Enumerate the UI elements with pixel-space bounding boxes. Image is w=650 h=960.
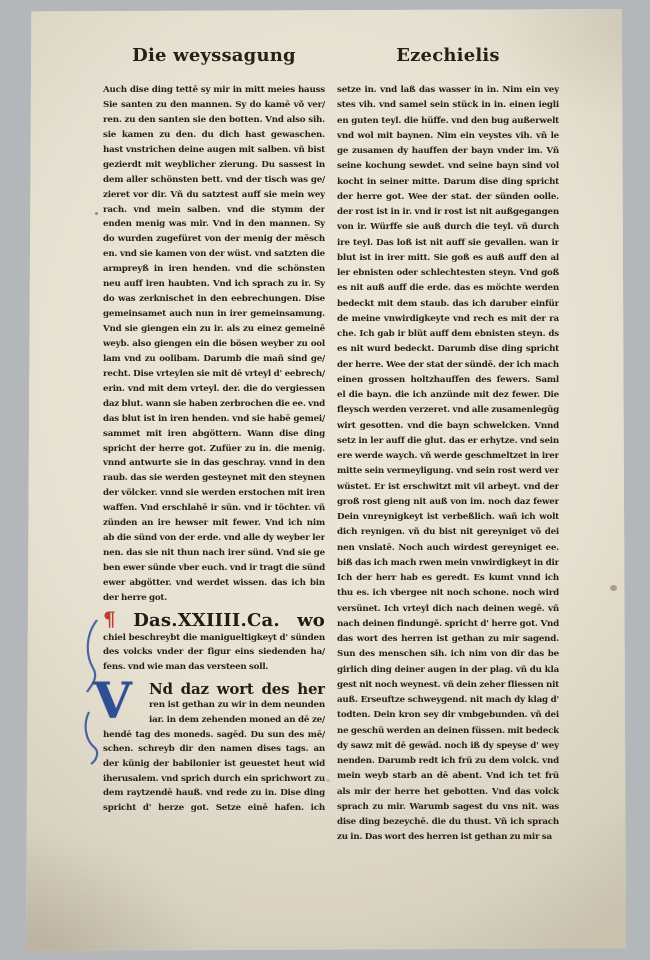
paper-stain — [326, 779, 330, 782]
text-line: es nit auß auff die erde. das es möchte … — [337, 281, 559, 296]
text-line: ewer abgötter. vnd werdet wissen. das ic… — [103, 576, 325, 591]
text-line: ge zusamen dy hauffen der bayn vnder im.… — [337, 144, 559, 159]
text-line: erin. vnd mit dem vrteyl. der. die do ve… — [103, 382, 325, 397]
text-line: versünet. Ich vrteyl dich nach deinen we… — [337, 602, 559, 617]
text-line: nenden. Darumb redt ich frü zu dem volck… — [337, 754, 559, 769]
text-line: chiel beschreybt die manigueltigkeyt d' … — [103, 631, 325, 646]
text-line: einen grossen holtzhauffen des fewers. S… — [337, 373, 559, 388]
text-line: Auch dise ding tettē sy mir in mitt meie… — [103, 83, 325, 98]
text-line: mitte sein vermeyligung. vnd sein rost w… — [337, 464, 559, 479]
chapter-summary: chiel beschreybt die manigueltigkeyt d' … — [103, 631, 325, 675]
text-line: blut ist in irer mitt. Sie goß es auß au… — [337, 251, 559, 266]
text-line: ben ewer sünde vber euch. vnd ir tragt d… — [103, 561, 325, 576]
text-columns: Auch dise ding tettē sy mir in mitt meie… — [103, 83, 559, 846]
text-line: ere werde waych. vñ werde geschmeltzet i… — [337, 449, 559, 464]
text-line: de meine vnwirdigkeyte vnd rech es mit d… — [337, 312, 559, 327]
text-line: Sun des menschen sih. ich nim von dir da… — [337, 647, 559, 662]
text-line: der herre. Wee der stat der sündē. der i… — [337, 358, 559, 373]
photo-background: Die weyssagung Ezechielis Auch dise ding… — [0, 0, 650, 960]
text-line: ren ist gethan zu wir in dem neunden — [149, 698, 325, 713]
text-line: mein weyb starb an dē abent. Vnd ich tet… — [337, 769, 559, 784]
text-line: ren. zu den santen sie den botten. Vnd a… — [103, 113, 325, 128]
text-line: nen vnslatē. Noch auch wirdest gereynige… — [337, 541, 559, 556]
text-line: el die bayn. die ich anzünde mit dez few… — [337, 388, 559, 403]
text-line: des volcks vnder der figur eins siedende… — [103, 645, 325, 660]
opening-first-line: Nd daz wort des her — [149, 680, 325, 698]
text-line: wirt gesotten. vnd die bayn schwelcken. … — [337, 419, 559, 434]
text-line: iar. in dem zehenden moned an dē ze/ — [149, 713, 325, 728]
text-line: gemeinsamet auch nun in irer gemeinsamun… — [103, 307, 325, 322]
text-line: lam vnd zu oolibam. Darumb die mañ sind … — [103, 352, 325, 367]
opening-paragraph: V Nd daz wort des her ren ist gethan zu … — [103, 680, 325, 816]
text-line: en. vnd sie kamen von der wüst. vnd satz… — [103, 247, 325, 262]
text-line: bedeckt mit dem staub. das ich daruber e… — [337, 297, 559, 312]
text-line: dich reynigen. vñ du bist nit gereyniget… — [337, 525, 559, 540]
text-line: es nit wurd bedeckt. Darumb dise ding sp… — [337, 342, 559, 357]
text-line: gezierdt mit weyblicher zierung. Du sass… — [103, 158, 325, 173]
running-title-left: Die weyssagung — [103, 45, 325, 67]
text-line: thu es. ich vbergee nit noch schone. noc… — [337, 586, 559, 601]
text-line: sammet mit iren abgöttern. Wann dise din… — [103, 427, 325, 442]
right-text-block: setze in. vnd laß das wasser in in. Nim … — [337, 83, 559, 846]
text-line: girlich ding deiner augen in der plag. v… — [337, 663, 559, 678]
text-line: spricht der herre got. Zufüer zu in. die… — [103, 442, 325, 457]
text-line: nen. das sie nit thun nach irer sünd. Vn… — [103, 546, 325, 561]
text-line: kocht in seiner mitte. Darum dise ding s… — [337, 175, 559, 190]
paper-stain — [95, 212, 98, 215]
left-text-block: Auch dise ding tettē sy mir in mitt meie… — [103, 83, 325, 606]
text-line: weyb. also giengen ein die bösen weyber … — [103, 337, 325, 352]
text-line: dise ding bezeychē. die du thust. Vñ ich… — [337, 815, 559, 830]
text-line: todten. Dein kron sey dir vmbgebunden. v… — [337, 708, 559, 723]
text-line: Vnd sie giengen ein zu ir. als zu einez … — [103, 322, 325, 337]
illuminated-initial: V — [93, 677, 141, 725]
text-line: auß. Erseuftze schweygend. nit mach dy k… — [337, 693, 559, 708]
text-line: der herre got. — [103, 591, 325, 606]
text-line: che. Ich gab ir blüt auff dem ebnisten s… — [337, 327, 559, 342]
text-line: ire teyl. Das loß ist nit auff sie geval… — [337, 236, 559, 251]
text-line: Dein vnreynigkeyt ist verbeßlich. wañ ic… — [337, 510, 559, 525]
paper-stain — [610, 585, 617, 591]
text-line: das blut ist in iren henden. vnd sie hab… — [103, 412, 325, 427]
text-line: enden menig was mir. Vnd in den mannen. … — [103, 217, 325, 232]
text-line: dem aller schönsten bett. vnd der tisch … — [103, 173, 325, 188]
text-line: der herre got. Wee der stat. der sünden … — [337, 190, 559, 205]
text-line: Ich der herr hab es geredt. Es kumt vnnd… — [337, 571, 559, 586]
text-line: zünden an ire hewser mit fewer. Vnd ich … — [103, 516, 325, 531]
text-line: neu auff iren haubten. Vnd ich sprach zu… — [103, 277, 325, 292]
text-line: waffen. Vnd erschlahē ir sün. vnd ir töc… — [103, 501, 325, 516]
text-line: spricht d' herze got. Setze einē hafen. … — [103, 801, 325, 816]
text-line: schen. schreyb dir den namen dises tags.… — [103, 742, 325, 757]
chapter-heading: ¶ Das.XXIIII.Ca. wo Eze — [103, 609, 325, 630]
text-line: von ir. Würffe sie auß durch die teyl. v… — [337, 220, 559, 235]
chapter-title: Das.XXIIII.Ca. wo Eze — [103, 610, 325, 630]
text-line: wüstet. Er ist erschwitzt mit vil arbeyt… — [337, 480, 559, 495]
text-line: do was zerknischet in den eebrechungen. … — [103, 292, 325, 307]
text-line: ab die sünd von der erde. vnd alle dy we… — [103, 531, 325, 546]
text-line: setz in ler auff die glut. das er erhytz… — [337, 434, 559, 449]
text-line: gest nit noch weynest. vñ dein zeher fli… — [337, 678, 559, 693]
text-line: der völcker. vnnd sie werden erstochen m… — [103, 486, 325, 501]
text-line: vnnd antwurte sie in das geschray. vnnd … — [103, 456, 325, 471]
text-line: zu in. Das wort des herren ist gethan zu… — [337, 830, 559, 845]
text-line: sie kamen zu den. du dich hast gewaschen… — [103, 128, 325, 143]
text-line: als mir der herre het gebotten. Vnd das … — [337, 785, 559, 800]
running-header: Die weyssagung Ezechielis — [103, 45, 559, 67]
text-line: sprach zu mir. Warumb sagest du vns nit.… — [337, 800, 559, 815]
rubric-pilcrow-icon: ¶ — [103, 609, 116, 630]
text-line: dy sawz mit dē gewād. noch iß dy speyse … — [337, 739, 559, 754]
text-line: raub. das sie werden gesteynet mit den s… — [103, 471, 325, 486]
text-line: vnd wol mit baynen. Nim ein veystes vih.… — [337, 129, 559, 144]
text-line: setze in. vnd laß das wasser in in. Nim … — [337, 83, 559, 98]
text-line: dem raytzendē hauß. vnd rede zu in. Dise… — [103, 786, 325, 801]
text-line: hast vnstrichen deine augen mit salben. … — [103, 143, 325, 158]
text-line: rach. vnd mein salben. vnd die stymm der… — [103, 203, 325, 218]
running-title-right: Ezechielis — [337, 45, 559, 67]
text-line: Sie santen zu den mannen. Sy do kamē võ … — [103, 98, 325, 113]
text-line: ler ebnisten oder schlechtesten steyn. V… — [337, 266, 559, 281]
right-column: setze in. vnd laß das wasser in in. Nim … — [337, 83, 559, 846]
text-line: hendē tag des moneds. sagēd. Du sun des … — [103, 728, 325, 743]
text-line: recht. Dise vrteylen sie mit dē vrteyl d… — [103, 367, 325, 382]
text-line: stes vih. vnd samel sein stück in in. ei… — [337, 98, 559, 113]
text-line: groß rost gieng nit auß von im. noch daz… — [337, 495, 559, 510]
text-line: do wurden zugefüret von der menig der mē… — [103, 232, 325, 247]
incunabulum-page: Die weyssagung Ezechielis Auch dise ding… — [26, 9, 626, 951]
text-line: der rost ist in ir. vnd ir rost ist nit … — [337, 205, 559, 220]
text-line: daz blut. wann sie haben zerbrochen die … — [103, 397, 325, 412]
text-line: nach deinen findungē. spricht d' herre g… — [337, 617, 559, 632]
text-line: biß das ich mach rwen mein vnwirdigkeyt … — [337, 556, 559, 571]
text-line: fens. vnd wie man das versteen soll. — [103, 660, 325, 675]
text-line: seine kochung sewdet. vnd seine bayn sin… — [337, 159, 559, 174]
left-column: Auch dise ding tettē sy mir in mitt meie… — [103, 83, 325, 846]
text-line: en guten teyl. die hüffe. vnd den bug au… — [337, 114, 559, 129]
text-line: armpreyß in iren henden. vnd die schönst… — [103, 262, 325, 277]
text-line: der künig der babilonier ist geuestet he… — [103, 757, 325, 772]
text-line: iherusalem. vnd sprich durch ein sprichw… — [103, 772, 325, 787]
text-line: fleysch werden verzeret. vnd alle zusame… — [337, 403, 559, 418]
text-line: zieret vor dir. Vñ du satztest auff sie … — [103, 188, 325, 203]
text-line: ne geschü werden an deinen füssen. mit b… — [337, 724, 559, 739]
text-line: das wort des herren ist gethan zu mir sa… — [337, 632, 559, 647]
